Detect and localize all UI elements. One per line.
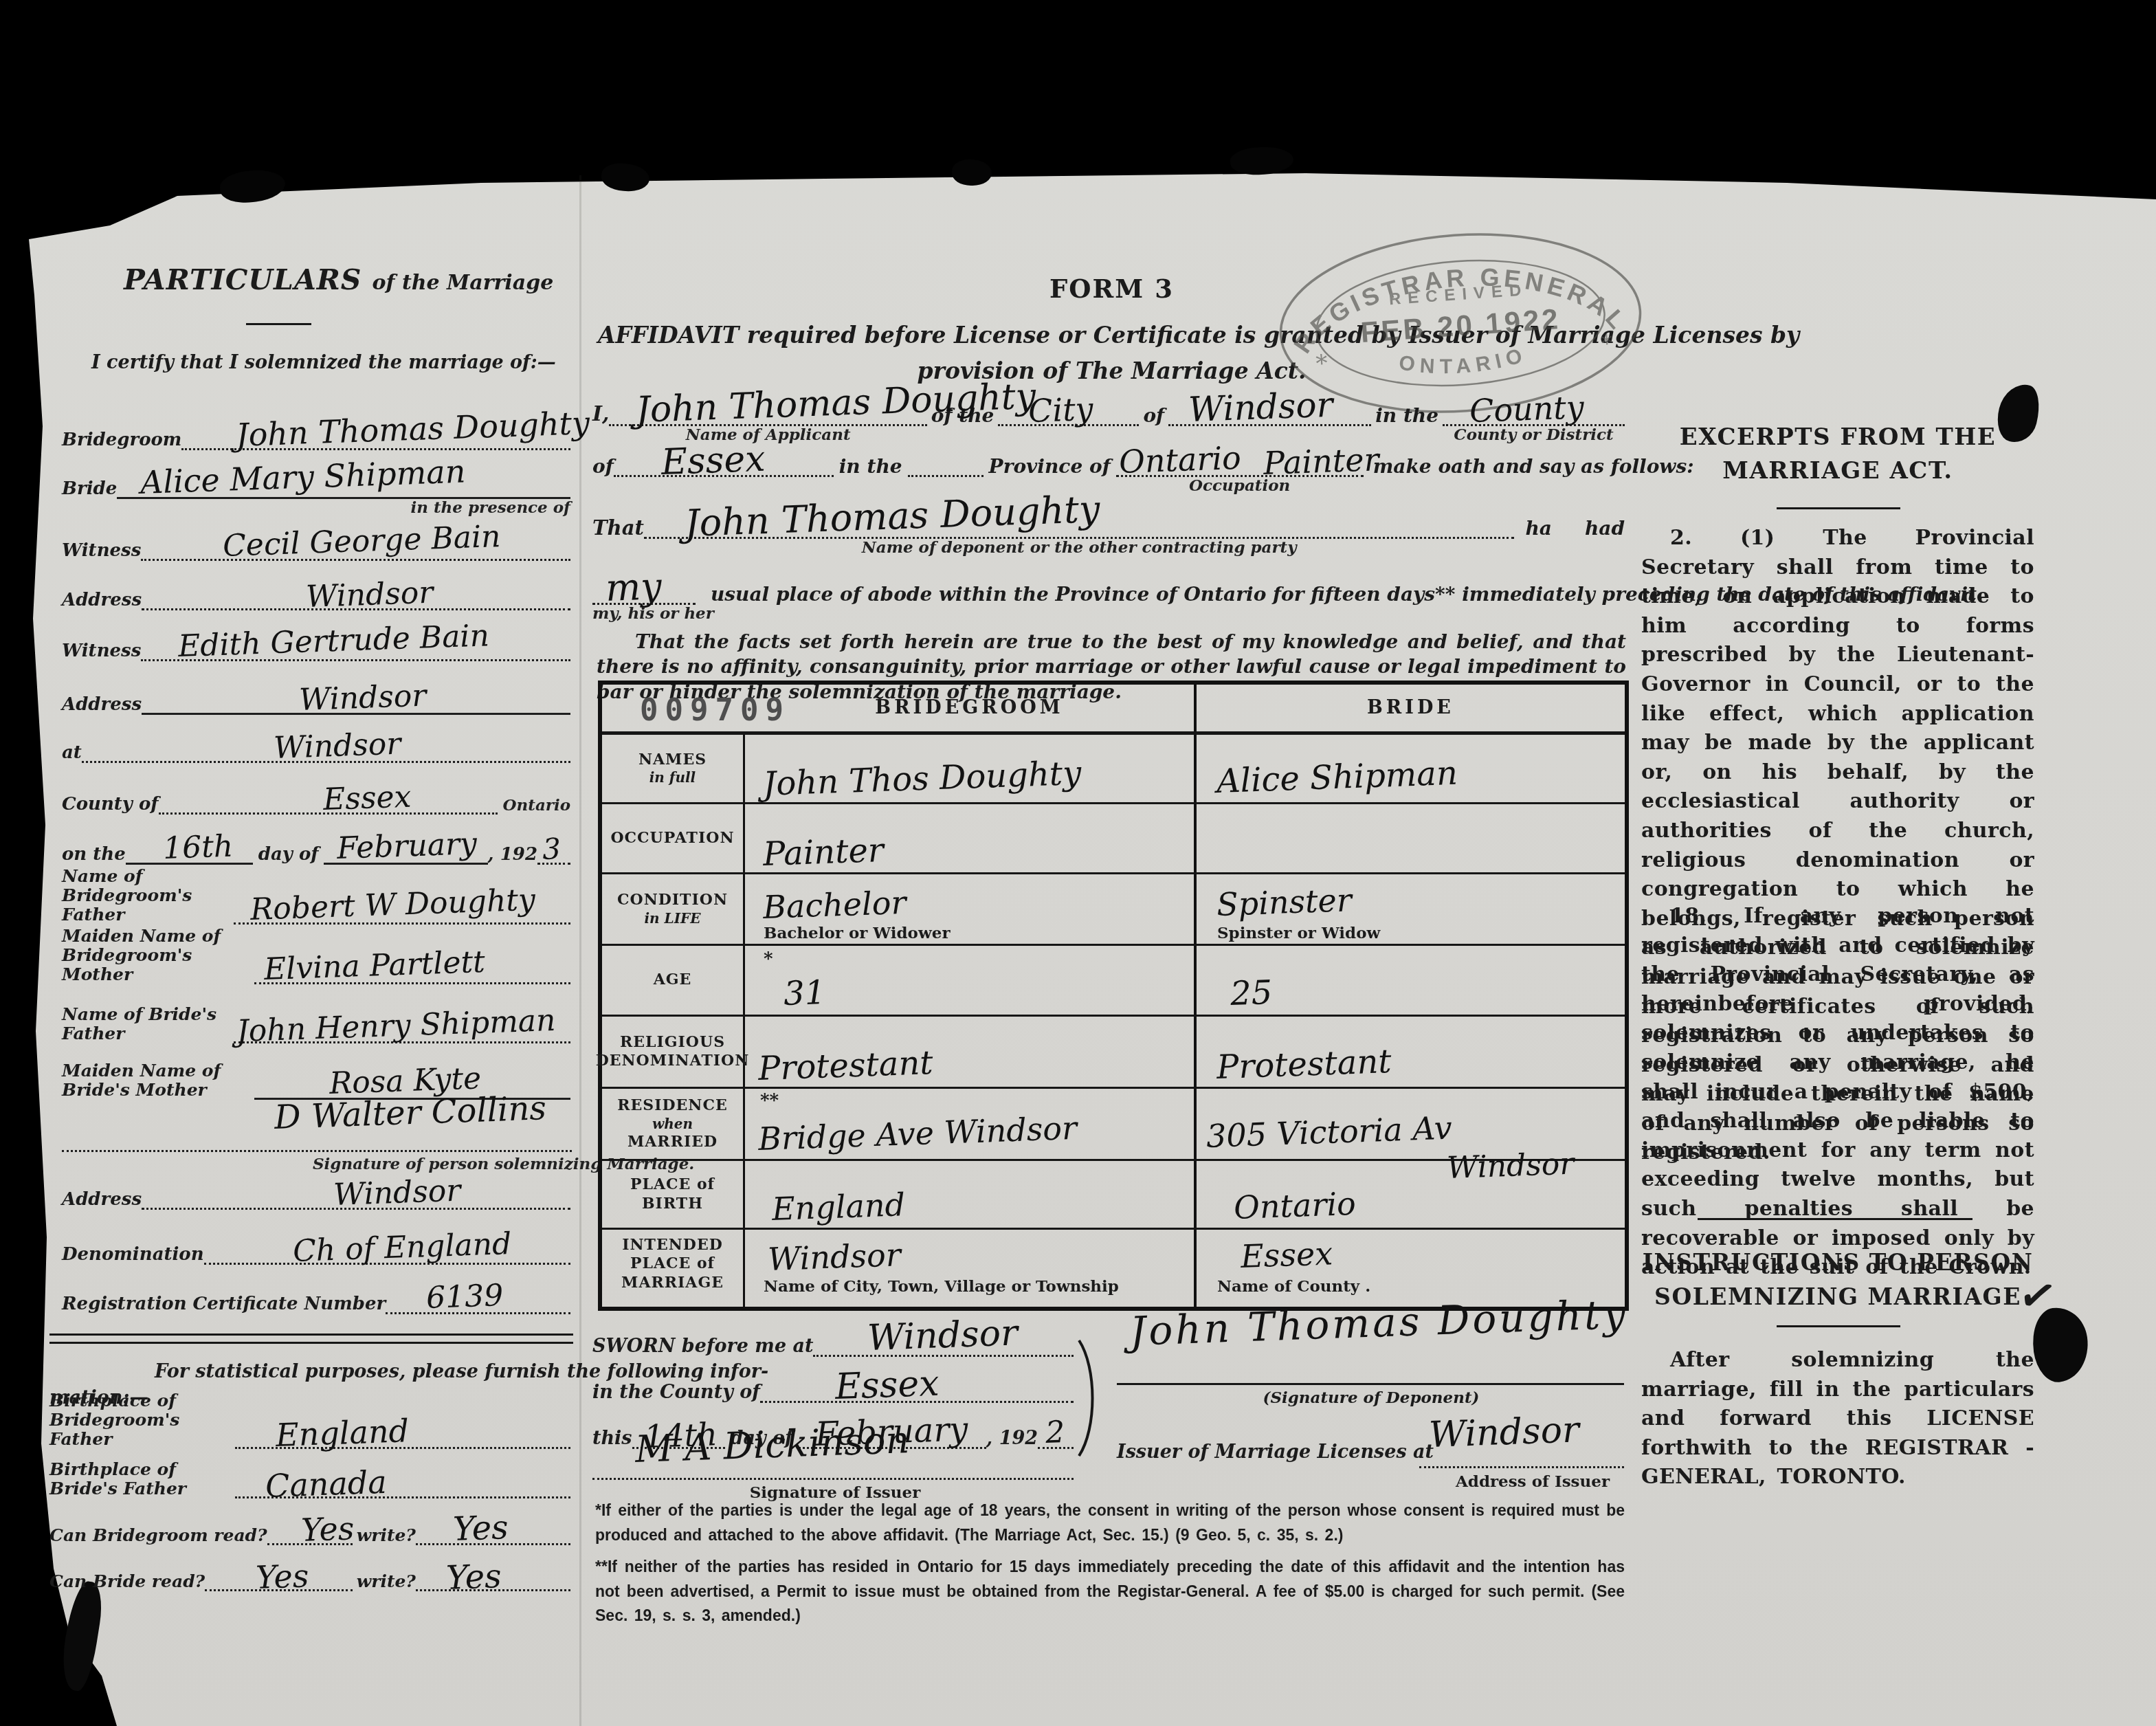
row-label-line: NAMES	[638, 751, 707, 770]
bridegroom-write-handwriting: Yes	[452, 1511, 509, 1546]
blank-line: England	[235, 1401, 570, 1449]
printed-that: That	[592, 517, 644, 539]
county-handwriting: Essex	[322, 782, 412, 815]
printed-in-the: in the	[1375, 405, 1438, 426]
blank-line: February	[324, 819, 487, 865]
row-label-line: MARRIAGE	[621, 1274, 724, 1293]
row-label: OCCUPATION	[602, 804, 743, 872]
blank-line: Windsor	[142, 669, 570, 715]
address2-handwriting: Windsor	[299, 681, 427, 716]
bride-father-handwriting: John Henry Shipman	[236, 1006, 556, 1047]
left-title: PARTICULARS of the Marriage	[124, 263, 553, 296]
row-label-line: PLACE of	[630, 1254, 715, 1274]
torn-edge-notch	[952, 159, 992, 186]
footnote-residence: **If neither of the parties has resided …	[595, 1555, 1625, 1628]
left-title-rest: of the Marriage	[373, 271, 554, 295]
field-denomination: Denomination Ch of England	[62, 1219, 570, 1265]
birthplace-bg-father-handwriting: England	[275, 1415, 409, 1451]
spinster-widow-label: Spinster or Widow	[1217, 924, 1380, 942]
field-label: Address	[62, 1190, 142, 1210]
names-bride-handwriting: Alice Shipman	[1216, 757, 1458, 798]
denomination-handwriting: Ch of England	[292, 1229, 512, 1267]
field-birthplace-bridegroom-father: Birthplace of Bridegroom's Father Englan…	[49, 1401, 570, 1449]
row-label-line: CONDITION	[617, 891, 728, 910]
field-address-1: Address Windsor	[62, 564, 570, 610]
age-bridegroom-handwriting: 31	[783, 976, 826, 1010]
field-label: Address	[62, 695, 142, 715]
row-label-line: RESIDENCE	[617, 1096, 727, 1116]
double-asterisk-note: **	[760, 1090, 779, 1111]
sworn-line-2: in the County of Essex	[592, 1358, 1074, 1403]
row-label-line: AGE	[654, 971, 692, 990]
blank-line: John Thomas Doughty Name of Applicant	[609, 377, 926, 426]
table-row-names: NAMES in full John Thos Doughty Alice Sh…	[602, 735, 1625, 804]
blank-line: Ch of England	[204, 1219, 570, 1265]
address-of-issuer-label: Address of Issuer	[1443, 1472, 1622, 1491]
row-label-line: PLACE of	[630, 1175, 715, 1195]
blank-line: Windsor	[82, 717, 570, 763]
province-handwriting: Ontario	[1118, 442, 1241, 478]
row-label-line: in LIFE	[645, 910, 701, 927]
field-county: County of Essex Ontario	[62, 768, 570, 815]
blank-line: City	[998, 377, 1139, 426]
blank-line: 3	[537, 819, 570, 865]
left-title-main: PARTICULARS	[124, 263, 362, 296]
city-town-village-label: Name of City, Town, Village or Township	[764, 1277, 1119, 1296]
instructions-title-rule	[1777, 1325, 1900, 1327]
blank-line: Alice Mary Shipman in the presence of	[117, 453, 570, 499]
field-label: Maiden Name of Bride's Mother	[62, 1061, 254, 1100]
blank-line: 6139	[386, 1268, 570, 1314]
row-label: INTENDED PLACE of MARRIAGE	[602, 1230, 743, 1298]
table-row-condition: CONDITION in LIFE Bachelor Spinster Bach…	[602, 874, 1625, 946]
field-address-3: Address Windsor	[62, 1164, 570, 1210]
blank-line: Elvina Partlett	[254, 931, 570, 984]
city-handwriting: City	[1028, 393, 1094, 427]
field-can-bridegroom-read: Can Bridegroom read? Yes write? Yes	[49, 1501, 570, 1545]
name-of-county-label: Name of County .	[1217, 1277, 1370, 1296]
printed-in-the: in the	[839, 456, 902, 477]
field-label: on the	[62, 845, 126, 865]
field-label: Can Bridegroom read?	[49, 1526, 267, 1545]
blank-line: Canada	[235, 1450, 570, 1498]
my-his-her-label: my, his or her	[592, 604, 696, 623]
section-divider	[49, 1334, 573, 1344]
field-label: Birthplace of Bride's Father	[49, 1460, 235, 1498]
field-label: Registration Certificate Number	[62, 1294, 386, 1314]
brace-mark	[1074, 1339, 1102, 1457]
printed-had: had	[1585, 518, 1625, 539]
occupation-handwriting: Painter	[1263, 443, 1379, 479]
witness2-handwriting: Edith Gertrude Bain	[178, 621, 490, 662]
write-label: write?	[357, 1572, 416, 1591]
field-label: Name of Bride's Father	[62, 1005, 234, 1043]
field-label: Bride	[62, 479, 117, 499]
county-word-handwriting: County	[1469, 391, 1584, 427]
condition-bridegroom-handwriting: Bachelor	[762, 887, 907, 923]
field-label: Maiden Name of Bridegroom's Mother	[62, 927, 254, 984]
blank-line: Windsor	[813, 1312, 1074, 1357]
age-bride-handwriting: 25	[1230, 976, 1273, 1010]
stamp-arc-top-text: REGISTRAR GENERAL	[1283, 252, 1635, 359]
field-label: at	[62, 743, 82, 763]
field-label: County of	[62, 795, 159, 815]
row-label: AGE	[602, 946, 743, 1015]
affidavit-line-2: of Essex in the Province of Ontario Pain…	[592, 428, 1625, 477]
bride-write-handwriting: Yes	[445, 1560, 502, 1595]
asterisk-note: *	[764, 949, 773, 969]
excerpts-title-rule	[1777, 507, 1900, 509]
field-label: Bridegroom	[62, 430, 181, 450]
bridegroom-read-handwriting: Yes	[300, 1512, 355, 1546]
my-handwriting: my	[605, 568, 663, 607]
field-label: Birthplace of Bridegroom's Father	[49, 1391, 235, 1449]
field-can-bride-read: Can Bride read? Yes write? Yes	[49, 1547, 570, 1591]
scanned-marriage-affidavit: ✓ PARTICULARS of the Marriage I certify …	[0, 0, 2156, 1726]
affidavit-line-3: That John Thomas Doughty Name of deponen…	[592, 487, 1625, 539]
issuer-address-line	[1419, 1466, 1624, 1468]
field-birthplace-bride-father: Birthplace of Bride's Father Canada	[49, 1450, 570, 1498]
birthplace-bridegroom-handwriting: England	[771, 1188, 905, 1225]
blank-line: Essex	[614, 428, 834, 477]
field-address-2: Address Windsor	[62, 669, 570, 715]
row-label: CONDITION in LIFE	[602, 874, 743, 944]
blank-line: Ontario Painter Occupation	[1116, 428, 1364, 477]
issuer-signature-handwriting: M A Dickinson	[634, 1421, 910, 1468]
row-label: RELIGIOUS DENOMINATION	[602, 1017, 743, 1087]
title-rule	[246, 323, 311, 325]
bridegroom-bride-table: 009709 BRIDEGROOM BRIDE NAMES in full Jo…	[598, 681, 1629, 1311]
row-label: RESIDENCE when MARRIED	[602, 1089, 743, 1159]
bride-read-handwriting: Yes	[256, 1560, 310, 1593]
field-bridegroom: Bridegroom John Thomas Doughty	[62, 404, 570, 450]
occupation-bridegroom-handwriting: Painter	[762, 834, 884, 871]
blank-line: 2	[1038, 1404, 1074, 1449]
sworn-county-label: in the County of	[592, 1382, 760, 1403]
affidavit-line-4: my my, his or her usual place of abode w…	[592, 554, 1625, 605]
blank-line: John Henry Shipman	[234, 991, 570, 1043]
excerpt-paragraph-18: 18. If any person not registered with an…	[1641, 902, 2034, 1283]
stamp-date-text: FEB 20 1922	[1359, 302, 1562, 348]
intended-place-bride-handwriting: Essex	[1240, 1237, 1333, 1272]
blank-line: Edith Gertrude Bain	[141, 615, 570, 661]
field-bridegroom-mother: Maiden Name of Bridegroom's Mother Elvin…	[62, 931, 570, 984]
field-label: Address	[62, 590, 142, 610]
svg-text:REGISTRAR GENERAL: REGISTRAR GENERAL	[1283, 252, 1635, 359]
printed-of: of	[592, 456, 614, 477]
row-label-line: RELIGIOUS	[620, 1033, 725, 1052]
blank-line: Essex	[159, 768, 498, 815]
blank-line: Windsor	[142, 564, 570, 610]
bridegroom-mother-handwriting: Elvina Partlett	[263, 947, 485, 985]
table-row-intended-place: INTENDED PLACE of MARRIAGE Windsor Essex…	[602, 1230, 1625, 1298]
address3-handwriting: Windsor	[333, 1176, 462, 1210]
deponent-name-handwriting: John Thomas Doughty	[684, 491, 1100, 542]
names-bridegroom-handwriting: John Thos Doughty	[762, 757, 1082, 801]
sworn-year-handwriting: 2	[1045, 1417, 1065, 1448]
signature-of-deponent-label: (Signature of Deponent)	[1210, 1388, 1533, 1407]
field-registration-number: Registration Certificate Number 6139	[62, 1268, 570, 1314]
solemnizer-signature-handwriting: D Walter Collins	[274, 1092, 546, 1134]
birthplace-br-father-handwriting: Canada	[265, 1466, 387, 1502]
blank-line: Windsor	[142, 1164, 570, 1210]
field-bride: Bride Alice Mary Shipman in the presence…	[62, 453, 570, 499]
address1-handwriting: Windsor	[306, 578, 434, 612]
city-name-handwriting: Windsor	[1188, 388, 1333, 427]
row-label-line: in full	[649, 769, 696, 786]
issuer-signature-line	[592, 1478, 1074, 1480]
issuer-address-handwriting: Windsor	[1428, 1412, 1579, 1453]
blank-line: John Thomas Doughty Name of deponent or …	[644, 487, 1515, 539]
field-at: at Windsor	[62, 717, 570, 763]
year-handwriting: 3	[542, 834, 562, 864]
month-handwriting: February	[337, 829, 478, 864]
footnote-consent: *If either of the parties is under the l…	[595, 1498, 1625, 1547]
ontario-suffix: Ontario	[503, 796, 570, 815]
instructions-paragraph: After solemnizing the marriage, fill in …	[1641, 1346, 2034, 1492]
bridegroom-name-handwriting: John Thomas Doughty	[236, 407, 590, 451]
blank-line: County County or District	[1443, 377, 1625, 426]
row-label-line: OCCUPATION	[610, 829, 734, 848]
blank-line: Cecil George Bain	[141, 515, 570, 561]
row-label: PLACE of BIRTH	[602, 1161, 743, 1228]
field-bride-father: Name of Bride's Father John Henry Shipma…	[62, 991, 570, 1043]
printed-province-of: Province of	[989, 456, 1111, 477]
bride-column-header: BRIDE	[1197, 697, 1625, 718]
field-label: Can Bride read?	[49, 1572, 205, 1591]
affidavit-line-1: I, John Thomas Doughty Name of Applicant…	[592, 377, 1625, 426]
row-label: NAMES in full	[602, 735, 743, 802]
sworn-before-label: SWORN before me at	[592, 1336, 813, 1357]
sworn-line-1: SWORN before me at Windsor	[592, 1312, 1074, 1357]
certify-line: I certify that I solemnized the marriage…	[91, 352, 556, 373]
torn-edge-notch	[1230, 145, 1295, 177]
blank-line: my my, his or her	[592, 554, 696, 605]
day-handwriting: 16th	[162, 831, 233, 864]
registration-number-handwriting: 6139	[426, 1281, 504, 1314]
at-handwriting: Windsor	[273, 729, 401, 764]
row-label-line: INTENDED	[622, 1236, 723, 1255]
bridegroom-column-header: BRIDEGROOM	[745, 697, 1194, 718]
row-label-line: BIRTH	[642, 1195, 703, 1214]
printed-I: I,	[592, 403, 609, 426]
blank-line: John Thomas Doughty	[181, 404, 570, 450]
table-row-occupation: OCCUPATION Painter	[602, 804, 1625, 874]
blank-line: Yes	[416, 1501, 570, 1545]
row-label-line: MARRIED	[627, 1133, 718, 1152]
sworn-place-handwriting: Windsor	[867, 1315, 1019, 1356]
instructions-title: INSTRUCTIONS TO PERSON SOLEMNIZING MARRI…	[1641, 1246, 2034, 1314]
solemnizer-signature-line	[62, 1150, 572, 1152]
blank-line: Yes	[267, 1501, 353, 1545]
field-bridegroom-father: Name of Bridegroom's Father Robert W Dou…	[62, 872, 570, 925]
table-row-religion: RELIGIOUS DENOMINATION Protestant Protes…	[602, 1017, 1625, 1089]
excerpts-title: EXCERPTS FROM THE MARRIAGE ACT.	[1641, 421, 2034, 489]
printed-this: this	[592, 1428, 632, 1449]
blank-line: Yes	[205, 1547, 352, 1591]
printed-192: , 192	[986, 1428, 1038, 1449]
bachelor-widower-label: Bachelor or Widower	[764, 924, 951, 942]
residence-bridegroom-handwriting: Bridge Ave Windsor	[757, 1112, 1077, 1155]
write-label: write?	[357, 1526, 416, 1545]
residence-bride-overflow-handwriting: Windsor	[1446, 1149, 1575, 1184]
printed-ha: ha	[1525, 518, 1552, 539]
religion-bride-handwriting: Protestant	[1216, 1045, 1392, 1084]
field-marriage-date: on the 16th day of February , 192 3	[62, 819, 570, 865]
day-of-label: day of	[258, 845, 319, 865]
religion-bridegroom-handwriting: Protestant	[757, 1046, 933, 1085]
blank-line: Robert W Doughty	[234, 872, 570, 925]
field-label: Denomination	[62, 1245, 204, 1265]
bride-name-handwriting: Alice Mary Shipman	[140, 456, 467, 498]
issuer-of-licenses-label: Issuer of Marriage Licenses at	[1117, 1442, 1434, 1463]
sworn-county-handwriting: Essex	[834, 1366, 940, 1405]
blank-line: Windsor	[1168, 377, 1371, 426]
in-presence-of-label: in the presence of	[411, 498, 570, 517]
field-label: Name of Bridegroom's Father	[62, 867, 234, 925]
stamp-star-right: *	[1600, 330, 1614, 358]
year-printed: , 192	[488, 845, 537, 865]
table-row-age: AGE * 31 25	[602, 946, 1625, 1017]
stamp-star-left: *	[1315, 350, 1329, 378]
row-label-line: when	[652, 1116, 693, 1133]
witness1-handwriting: Cecil George Bain	[223, 522, 502, 562]
deponent-signature-line	[1117, 1383, 1624, 1385]
residence-bride-handwriting: 305 Victoria Av	[1205, 1112, 1452, 1152]
intended-place-bridegroom-handwriting: Windsor	[767, 1239, 901, 1275]
field-witness-2: Witness Edith Gertrude Bain	[62, 615, 570, 661]
instructions-divider-rule	[1698, 1218, 1972, 1220]
blank-line: 16th	[126, 819, 253, 865]
field-label: Witness	[62, 641, 141, 661]
bridegroom-father-handwriting: Robert W Doughty	[249, 885, 535, 925]
table-row-residence: RESIDENCE when MARRIED ** Bridge Ave Win…	[602, 1089, 1625, 1161]
field-witness-1: Witness Cecil George Bain	[62, 515, 570, 561]
row-label-line: DENOMINATION	[596, 1052, 750, 1071]
birthplace-bride-handwriting: Ontario	[1233, 1188, 1356, 1224]
county-name-handwriting: Essex	[660, 441, 766, 480]
blank-line: Yes	[416, 1547, 570, 1591]
blank-line: Essex	[760, 1358, 1074, 1403]
blank-line	[908, 428, 983, 477]
condition-bride-handwriting: Spinster	[1216, 884, 1352, 920]
printed-of: of	[1143, 405, 1164, 426]
field-label: Witness	[62, 541, 141, 561]
